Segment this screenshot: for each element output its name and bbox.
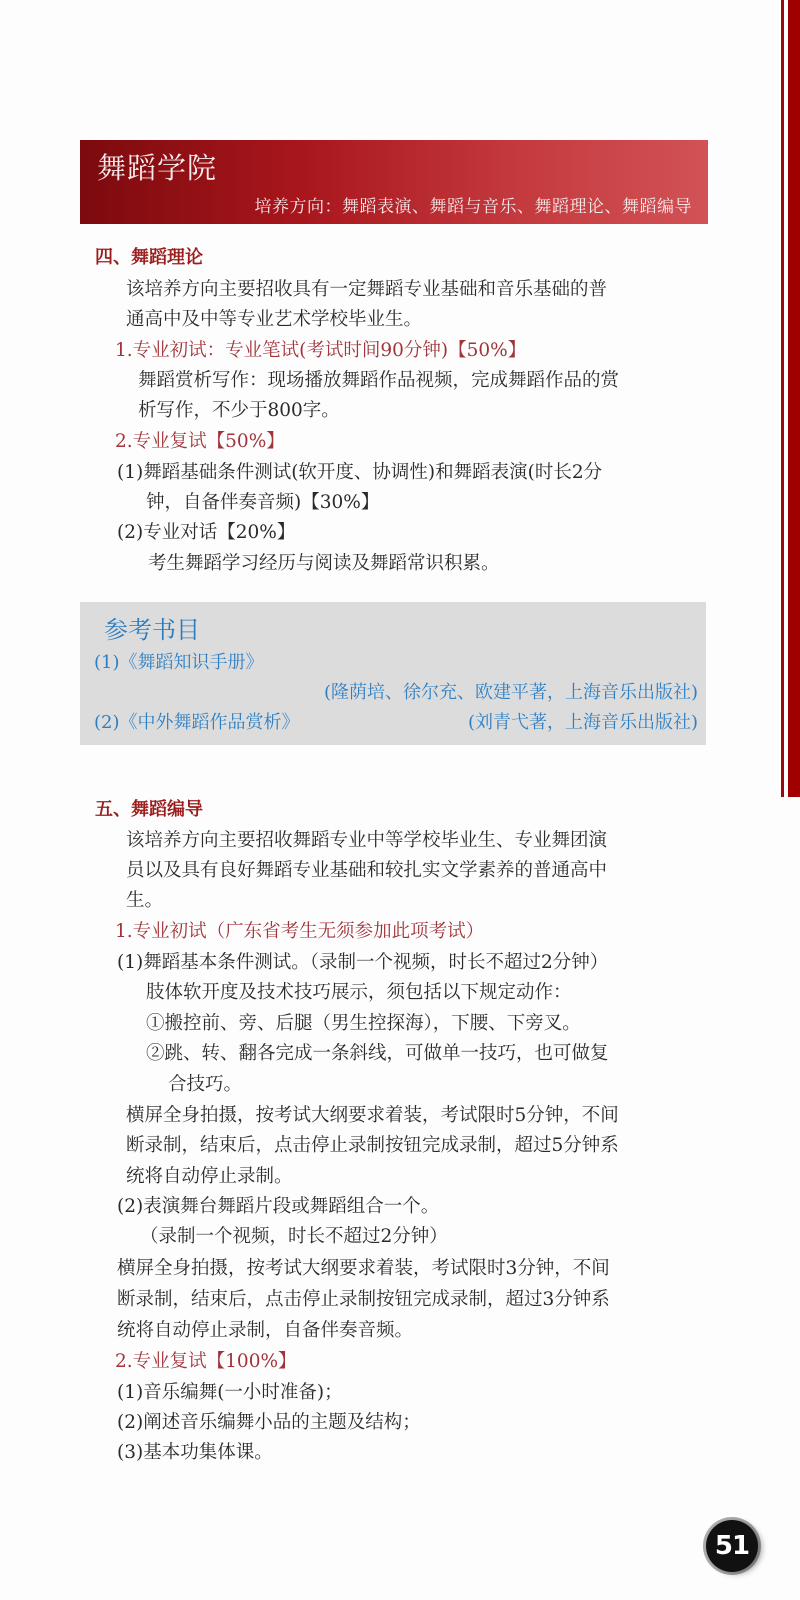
section-heading: 四、舞蹈理论 (95, 243, 203, 273)
list-item-cont: 钟，自备伴奏音频)【30%】 (146, 488, 379, 518)
paragraph-line: 析写作，不少于800字。 (138, 396, 340, 426)
paragraph-line: 断录制，结束后，点击停止录制按钮完成录制，超过5分钟系 (126, 1131, 619, 1161)
paragraph-line: 该培养方向主要招收具有一定舞蹈专业基础和音乐基础的普 (126, 275, 607, 305)
exam-label: 2.专业复试【50%】 (115, 427, 285, 457)
page-number: 51 (715, 1531, 749, 1561)
page-title: 舞蹈学院 (97, 146, 217, 187)
paragraph-line: 该培养方向主要招收舞蹈专业中等学校毕业生、专业舞团演 (126, 826, 607, 856)
paragraph-line: 员以及具有良好舞蹈专业基础和较扎实文学素养的普通高中 (126, 856, 607, 886)
list-item: (2)阐述音乐编舞小品的主题及结构； (117, 1408, 421, 1438)
reference-title: 参考书目 (104, 610, 200, 645)
paragraph-line: 横屏全身拍摄，按考试大纲要求着装，考试限时3分钟，不间 (117, 1254, 610, 1284)
list-item: (2)表演舞台舞蹈片段或舞蹈组合一个。 (117, 1192, 439, 1222)
paragraph-line: （录制一个视频，时长不超过2分钟） (140, 1222, 448, 1252)
paragraph-line: 生。 (126, 886, 163, 916)
move-item: ①搬控前、旁、后腿（男生控探海），下腰、下旁叉。 (146, 1009, 581, 1039)
exam-label: 1.专业初试（广东省考生无须参加此项考试） (115, 917, 484, 947)
list-item: (1)舞蹈基础条件测试(软开度、协调性)和舞蹈表演(时长2分 (117, 458, 602, 488)
paragraph-line: 统将自动停止录制，自备伴奏音频。 (117, 1316, 413, 1346)
paragraph-line: 通高中及中等专业艺术学校毕业生。 (126, 305, 422, 335)
exam-label: 2.专业复试【100%】 (115, 1347, 297, 1377)
list-item: (3)基本功集体课。 (117, 1438, 273, 1468)
section-heading: 五、舞蹈编导 (95, 795, 203, 825)
paragraph-line: 考生舞蹈学习经历与阅读及舞蹈常识积累。 (148, 549, 500, 579)
list-item: (1)舞蹈基本条件测试。（录制一个视频，时长不超过2分钟） (117, 948, 608, 978)
move-item: ②跳、转、翻各完成一条斜线，可做单一技巧，也可做复 (146, 1039, 609, 1069)
header-banner: 舞蹈学院 培养方向：舞蹈表演、舞蹈与音乐、舞蹈理论、舞蹈编导 (80, 140, 708, 224)
move-item-cont: 合技巧。 (168, 1070, 242, 1100)
side-accent-bar (788, 0, 800, 797)
book-author: (刘青弋著，上海音乐出版社) (468, 709, 698, 737)
book-author: (隆荫培、徐尔充、欧建平著，上海音乐出版社) (324, 679, 698, 707)
exam-label: 1.专业初试：专业笔试(考试时间90分钟)【50%】 (115, 336, 526, 366)
list-item: (2)专业对话【20%】 (117, 518, 295, 548)
paragraph-line: 断录制，结束后，点击停止录制按钮完成录制，超过3分钟系 (117, 1285, 610, 1315)
header-subtitle: 培养方向：舞蹈表演、舞蹈与音乐、舞蹈理论、舞蹈编导 (255, 192, 693, 217)
reference-box: 参考书目 (1)《舞蹈知识手册》 (隆荫培、徐尔充、欧建平著，上海音乐出版社) … (80, 602, 706, 745)
book-title: (1)《舞蹈知识手册》 (94, 649, 264, 677)
side-accent-line (781, 0, 784, 797)
paragraph-line: 肢体软开度及技术技巧展示，须包括以下规定动作： (146, 978, 572, 1008)
page-number-badge: 51 (706, 1520, 758, 1572)
paragraph-line: 舞蹈赏析写作：现场播放舞蹈作品视频，完成舞蹈作品的赏 (138, 366, 619, 396)
paragraph-line: 统将自动停止录制。 (126, 1162, 293, 1192)
paragraph-line: 横屏全身拍摄，按考试大纲要求着装，考试限时5分钟，不间 (126, 1101, 619, 1131)
book-title: (2)《中外舞蹈作品赏析》 (94, 709, 300, 737)
list-item: (1)音乐编舞(一小时准备)； (117, 1378, 343, 1408)
